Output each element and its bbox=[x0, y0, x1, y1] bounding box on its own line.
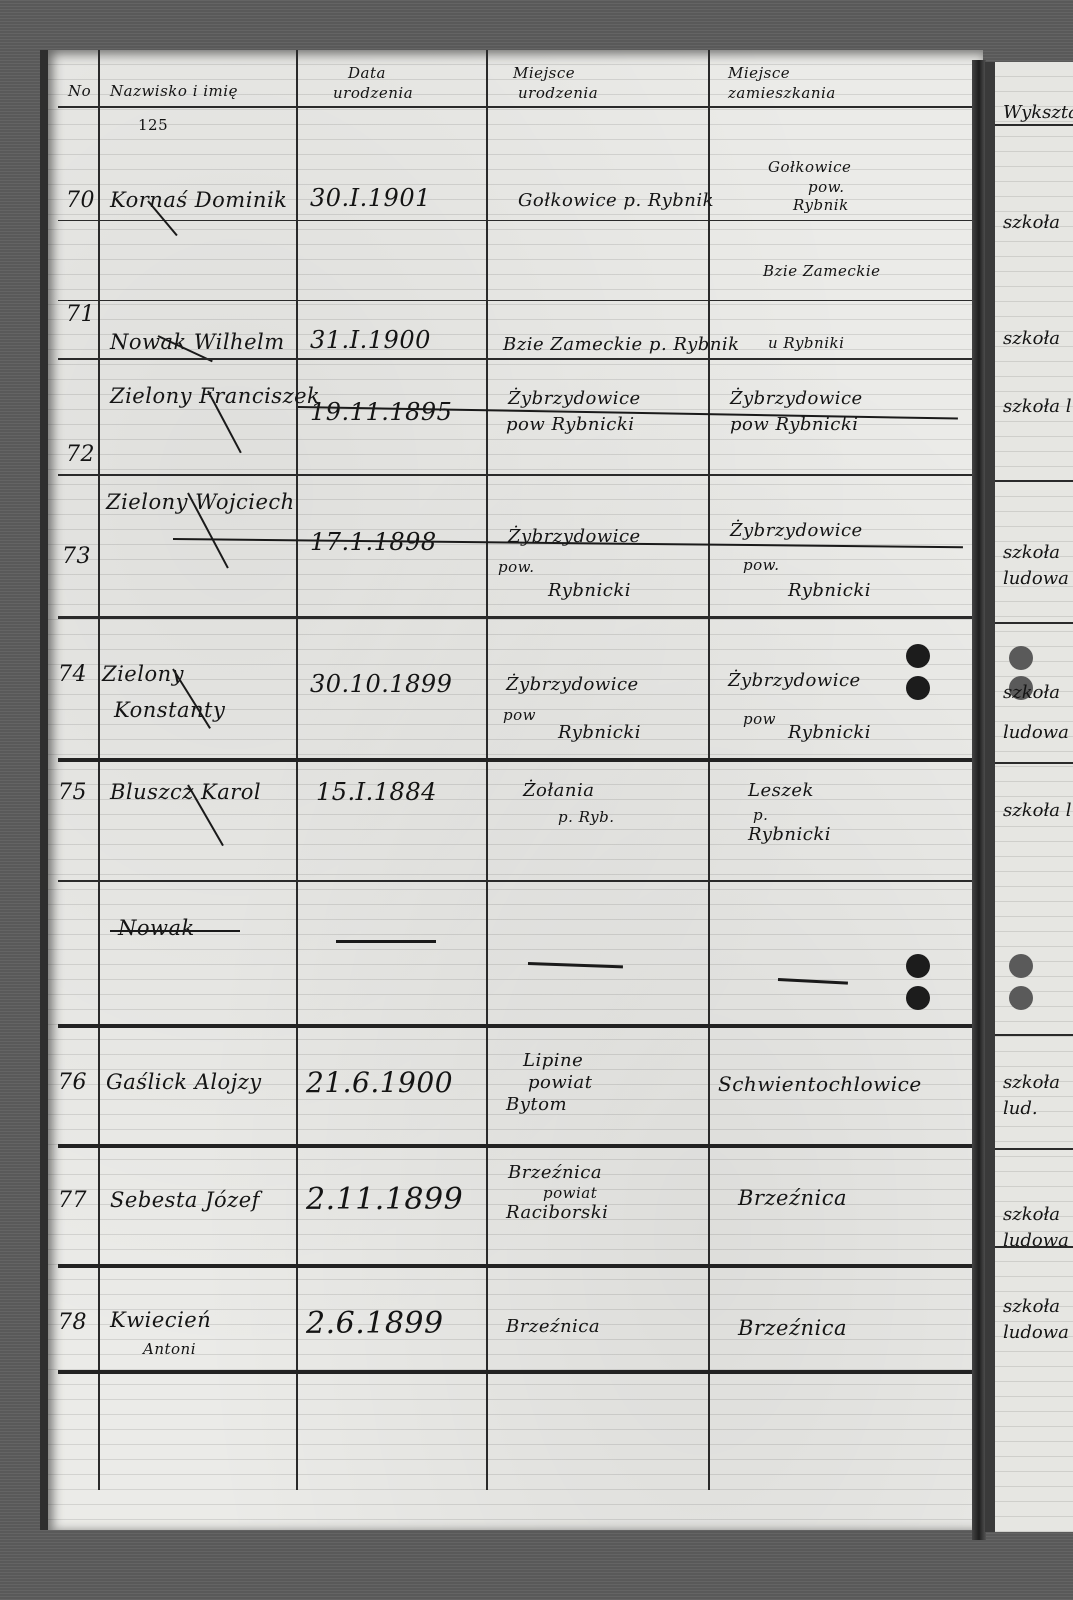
row-rule bbox=[995, 1148, 1073, 1150]
register-page: No Nazwisko i imię Data urodzenia Miejsc… bbox=[40, 50, 983, 1530]
residence-cell: Schwientochlowice bbox=[718, 1072, 922, 1096]
header-birth-place-line1: Miejsce bbox=[513, 64, 575, 82]
header-no: No bbox=[68, 82, 91, 100]
dash-mark bbox=[528, 962, 623, 968]
binder-punch-hole bbox=[1009, 986, 1033, 1010]
birth-place-line3: Raciborski bbox=[506, 1202, 608, 1223]
name-cell: Sebesta Józef bbox=[110, 1188, 260, 1212]
header-residence-line2: zamieszkania bbox=[728, 84, 836, 102]
binder-punch-hole bbox=[906, 986, 930, 1010]
binder-punch-hole bbox=[906, 954, 930, 978]
education-cell: szkoła l. bbox=[1003, 800, 1073, 821]
header-rule bbox=[58, 106, 975, 108]
row-number: 70 bbox=[66, 188, 95, 213]
birth-place-line3: Bytom bbox=[506, 1094, 567, 1115]
row-number: 77 bbox=[58, 1188, 87, 1213]
row-number: 71 bbox=[66, 302, 95, 327]
education-line1: szkoła bbox=[1003, 542, 1073, 563]
residence-line1: Bzie Zameckie bbox=[763, 262, 881, 280]
residence-line1: Żybrzydowice bbox=[728, 670, 861, 691]
education-line1: szkoła bbox=[1003, 1072, 1073, 1093]
row-rule bbox=[58, 758, 975, 762]
binder-punch-hole bbox=[1009, 954, 1033, 978]
row-number: 73 bbox=[62, 544, 91, 569]
header-birth-date-line2: urodzenia bbox=[333, 84, 413, 102]
column-divider bbox=[708, 50, 710, 1490]
birth-date-cell: 15.I.1884 bbox=[316, 778, 437, 806]
birth-place-line2: powiat bbox=[543, 1184, 597, 1202]
education-line1: szkoła bbox=[1003, 1296, 1073, 1317]
row-rule bbox=[58, 880, 975, 882]
column-divider bbox=[296, 50, 298, 1490]
residence-line1: Żybrzydowice bbox=[730, 388, 863, 409]
residence-line3: Rybnik bbox=[793, 196, 849, 214]
row-rule bbox=[58, 1264, 975, 1268]
residence-line2: pow bbox=[743, 710, 776, 728]
birth-date-cell: 30.I.1901 bbox=[310, 184, 431, 212]
row-rule bbox=[58, 1024, 975, 1028]
column-divider bbox=[98, 50, 100, 1490]
education-line1: szkoła bbox=[1003, 682, 1073, 703]
row-rule bbox=[58, 474, 975, 476]
birth-place-line3: Rybnicki bbox=[558, 722, 641, 743]
education-cell: szkoła bbox=[1003, 328, 1073, 349]
name-cell: Nowak Wilhelm bbox=[110, 330, 285, 354]
row-rule bbox=[58, 300, 975, 301]
education-line2: ludowa bbox=[1003, 1322, 1073, 1343]
name-line2: Konstanty bbox=[114, 698, 225, 722]
header-education: Wykształcenie bbox=[1003, 102, 1073, 123]
residence-line1: Żybrzydowice bbox=[730, 520, 863, 541]
residence-line3: Rybnicki bbox=[748, 824, 831, 845]
header-residence-line1: Miejsce bbox=[728, 64, 790, 82]
row-rule bbox=[58, 220, 975, 221]
row-number: 75 bbox=[58, 780, 87, 805]
name-cell: Bluszcz Karol bbox=[110, 780, 261, 804]
birth-place-line1: Żybrzydowice bbox=[508, 526, 641, 547]
row-rule bbox=[995, 124, 1073, 126]
residence-line3: u Rybniki bbox=[768, 334, 844, 352]
book-binding bbox=[972, 60, 986, 1540]
name-cell: Gaślick Alojzy bbox=[106, 1070, 262, 1094]
birth-place-line2: powiat bbox=[528, 1072, 593, 1093]
residence-line1: Leszek bbox=[748, 780, 814, 801]
birth-place-cell: Gołkowice p. Rybnik bbox=[518, 190, 714, 211]
birth-date-cell: 19.11.1895 bbox=[310, 398, 452, 426]
birth-date-cell: 21.6.1900 bbox=[306, 1066, 453, 1099]
row-number: 76 bbox=[58, 1070, 87, 1095]
row-rule bbox=[995, 1246, 1073, 1248]
residence-line2: p. bbox=[753, 806, 768, 824]
birth-place-line3: Rybnicki bbox=[548, 580, 631, 601]
birth-date-cell: 2.11.1899 bbox=[306, 1182, 463, 1217]
name-cell: Zielony Wojciech bbox=[106, 490, 295, 514]
page-number-note: 125 bbox=[138, 116, 168, 134]
education-line2: ludowa bbox=[1003, 722, 1073, 743]
dash-mark bbox=[778, 978, 848, 985]
residence-line2: pow. bbox=[743, 556, 779, 574]
header-birth-date-line1: Data bbox=[348, 64, 386, 82]
birth-place-line2: p. Ryb. bbox=[558, 808, 615, 826]
residence-line1: Gołkowice bbox=[768, 158, 851, 176]
birth-place-line1: Brzeźnica bbox=[508, 1162, 602, 1183]
binder-punch-hole bbox=[1009, 646, 1033, 670]
row-rule bbox=[995, 480, 1073, 482]
birth-place-line2: pow bbox=[503, 706, 536, 724]
row-rule bbox=[58, 616, 975, 619]
birth-place-line1: Lipine bbox=[523, 1050, 583, 1071]
strikethrough bbox=[110, 930, 240, 932]
residence-line3: Rybnicki bbox=[788, 580, 871, 601]
facing-page-edge: Wykształcenie szkoła szkoła szkoła l. sz… bbox=[985, 62, 1073, 1532]
row-rule bbox=[58, 1370, 975, 1374]
birth-place-cell: Bzie Zameckie p. Rybnik bbox=[503, 334, 740, 355]
row-rule bbox=[995, 622, 1073, 624]
birth-date-cell: 2.6.1899 bbox=[306, 1306, 444, 1341]
name-cell: Nowak bbox=[118, 916, 195, 940]
name-line1: Kwiecień bbox=[110, 1308, 211, 1332]
birth-place-line2: pow. bbox=[498, 558, 534, 576]
birth-place-line2: pow Rybnicki bbox=[506, 414, 635, 435]
row-number: 72 bbox=[66, 442, 95, 467]
education-line2: lud. bbox=[1003, 1098, 1073, 1119]
header-name: Nazwisko i imię bbox=[110, 82, 238, 100]
name-cell: Kornaś Dominik bbox=[110, 188, 287, 212]
birth-date-cell: 31.I.1900 bbox=[310, 326, 431, 354]
row-rule bbox=[58, 358, 975, 360]
education-cell: szkoła l. bbox=[1003, 396, 1073, 417]
row-rule bbox=[995, 762, 1073, 764]
row-rule bbox=[58, 1144, 975, 1148]
birth-place-line1: Żybrzydowice bbox=[508, 388, 641, 409]
education-line2: ludowa bbox=[1003, 568, 1073, 589]
column-divider bbox=[486, 50, 488, 1490]
dash-mark bbox=[336, 940, 436, 943]
residence-cell: Brzeźnica bbox=[738, 1186, 847, 1210]
education-cell: szkoła bbox=[1003, 212, 1073, 233]
birth-date-cell: 30.10.1899 bbox=[310, 670, 452, 698]
residence-line3: Rybnicki bbox=[788, 722, 871, 743]
birth-place-line1: Żybrzydowice bbox=[506, 674, 639, 695]
education-line1: szkoła bbox=[1003, 1204, 1073, 1225]
binder-punch-hole bbox=[906, 676, 930, 700]
row-number: 78 bbox=[58, 1310, 87, 1335]
binder-punch-hole bbox=[906, 644, 930, 668]
birth-place-cell: Brzeźnica bbox=[506, 1316, 600, 1337]
row-number: 74 bbox=[58, 662, 87, 687]
birth-place-line1: Żołania bbox=[523, 780, 595, 801]
header-birth-place-line2: urodzenia bbox=[518, 84, 598, 102]
residence-line2: pow. bbox=[808, 178, 844, 196]
name-line2: Antoni bbox=[143, 1340, 196, 1358]
name-line1: Zielony bbox=[102, 662, 184, 686]
residence-cell: Brzeźnica bbox=[738, 1316, 847, 1340]
row-rule bbox=[995, 1034, 1073, 1036]
